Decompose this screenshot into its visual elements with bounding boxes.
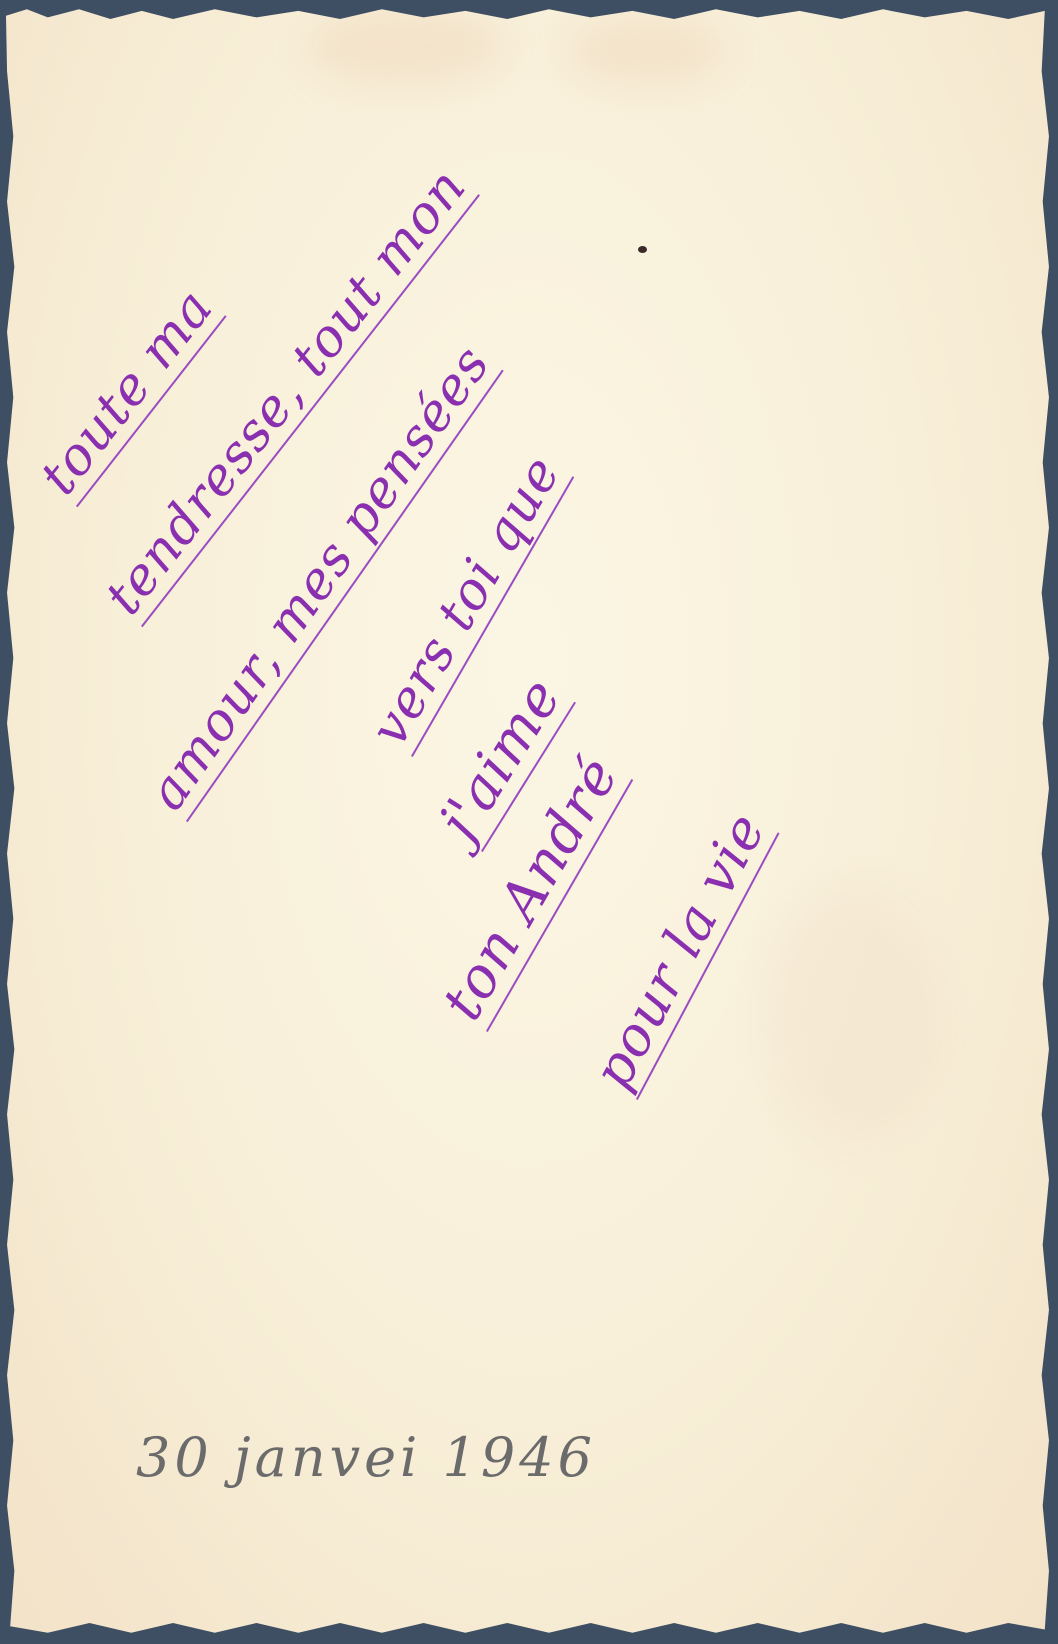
- handwriting-line-7: pour la vie: [580, 803, 778, 1099]
- paper-stain: [306, 6, 506, 86]
- paper-stain: [566, 16, 726, 86]
- card-back: toute ma tendresse, tout mon amour, mes …: [6, 6, 1050, 1636]
- pencil-date: 30 janvei 1946: [136, 1426, 596, 1489]
- embossed-mark: [766, 886, 946, 1146]
- line-text: pour la vie: [580, 803, 779, 1100]
- ink-speck: [638, 246, 647, 253]
